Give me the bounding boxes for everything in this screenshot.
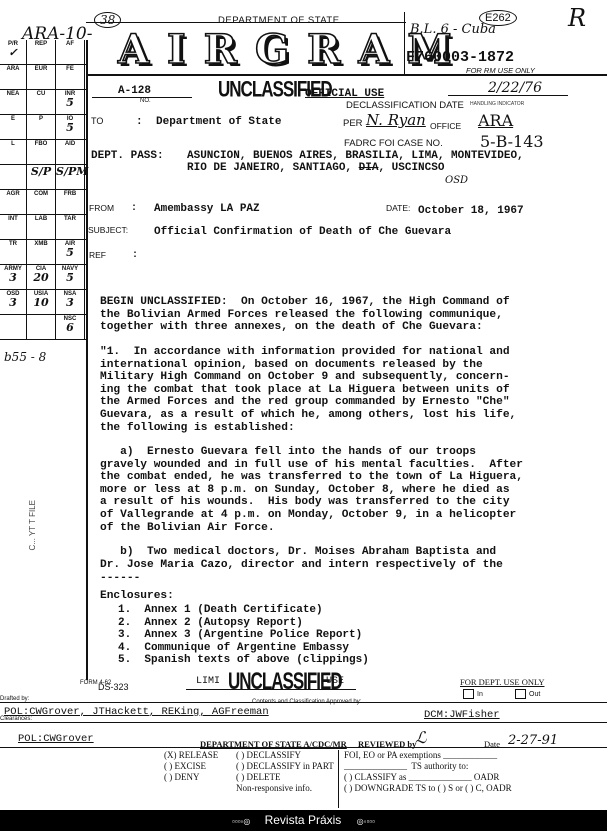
subject-value: Official Confirmation of Death of Che Gu… bbox=[154, 226, 451, 238]
review-option: ( ) DELETE bbox=[236, 772, 334, 783]
footer-bar: ▫▫▫◦◎ Revista Práxis ◎◦▫▫▫ bbox=[0, 810, 607, 831]
reviewer-signature: ℒ bbox=[415, 728, 427, 747]
routing-grid-row: S/PS/PM bbox=[0, 165, 86, 190]
routing-grid-cell: ARA bbox=[0, 65, 27, 89]
number-label: NO. bbox=[140, 98, 151, 104]
drafted-by-label: Drafted by: bbox=[0, 696, 29, 702]
struck-dia: DIA bbox=[359, 162, 379, 174]
classification-rule bbox=[186, 689, 356, 690]
routing-grid-cell: IO5 bbox=[56, 115, 85, 139]
routing-cell-value: ✓ bbox=[0, 47, 26, 59]
routing-cell-label: LAB bbox=[27, 216, 55, 222]
body-paragraph-a: a) Ernesto Guevara fell into the hands o… bbox=[100, 446, 580, 534]
routing-cell-label: AF bbox=[56, 41, 84, 47]
fadrc-value: 5-B-143 bbox=[480, 132, 544, 151]
routing-cell-value: 3 bbox=[0, 297, 26, 309]
routing-cell-value: 5 bbox=[56, 122, 84, 134]
subject-label: SUBJECT: bbox=[88, 225, 128, 235]
enclosure-item: 3. Annex 3 (Argentine Police Report) bbox=[118, 629, 369, 642]
routing-grid-cell: USIA10 bbox=[27, 290, 56, 314]
document-number: F760003-1872 bbox=[406, 49, 514, 66]
routing-grid-cell: INT bbox=[0, 215, 27, 239]
to-label: TO bbox=[91, 116, 103, 126]
routing-grid-row: TRXMBAIR5 bbox=[0, 240, 86, 265]
classification-bottom-right: USE bbox=[326, 676, 344, 687]
routing-grid-row: NSC6 bbox=[0, 315, 86, 340]
routing-cell-label: FBO bbox=[27, 141, 55, 147]
review-date-label: Date bbox=[484, 739, 500, 749]
clearances-rule bbox=[0, 722, 607, 723]
routing-grid-row: EPIO5 bbox=[0, 115, 86, 140]
routing-grid-cell: COM bbox=[27, 190, 56, 214]
routing-grid-cell: EUR bbox=[27, 65, 56, 89]
handling-indicator-label: HANDLING INDICATOR bbox=[470, 101, 524, 107]
office-value: ARA bbox=[478, 111, 513, 130]
dept-pass-line-2: RIO DE JANEIRO, SANTIAGO, DIA, USCINCSO bbox=[187, 162, 444, 174]
body-intro: BEGIN UNCLASSIFIED: On October 16, 1967,… bbox=[100, 296, 580, 334]
routing-grid-row: ARAEURFE bbox=[0, 65, 86, 90]
dept-use-only-label: FOR DEPT. USE ONLY bbox=[460, 677, 544, 687]
routing-cell-value: 3 bbox=[0, 272, 26, 284]
footer-ornament-left: ▫▫▫◦◎ bbox=[232, 817, 253, 826]
review-options-middle: ( ) DECLASSIFY( ) DECLASSIFY in PART( ) … bbox=[236, 750, 334, 794]
routing-cell-value: S/PM bbox=[56, 166, 84, 178]
routing-cell-label: INT bbox=[0, 216, 26, 222]
in-checkbox[interactable]: In bbox=[463, 689, 483, 699]
routing-grid-cell: NEA bbox=[0, 90, 27, 114]
handwritten-routing-total: b55 - 8 bbox=[4, 350, 46, 364]
routing-grid-cell: REP bbox=[27, 40, 56, 64]
dept-pass-line-1: ASUNCION, BUENOS AIRES, BRASILIA, LIMA, … bbox=[187, 150, 524, 162]
continuation-mark: ------ bbox=[100, 572, 580, 585]
classification-top-partial: OFFICIAL USE bbox=[305, 88, 384, 100]
to-value: Department of State bbox=[156, 116, 281, 128]
routing-cell-value: 10 bbox=[27, 297, 55, 309]
drafted-by-value: POL:CWGrover, JTHackett, REKing, AGFreem… bbox=[4, 706, 269, 718]
reviewed-by-label: REVIEWED by bbox=[358, 739, 416, 749]
side-file-stamp: C... YT T FILE bbox=[28, 500, 37, 551]
ref-label: REF bbox=[89, 250, 106, 260]
declass-date-rule bbox=[448, 95, 568, 96]
routing-grid-row: LFBOAID bbox=[0, 140, 86, 165]
routing-cell-value: 5 bbox=[56, 272, 84, 284]
enclosure-item: 2. Annex 2 (Autopsy Report) bbox=[118, 617, 369, 630]
routing-cell-label: REP bbox=[27, 41, 55, 47]
routing-cell-label: L bbox=[0, 141, 26, 147]
department-label: DEPARTMENT OF STATE bbox=[218, 15, 340, 26]
routing-grid-cell: CU bbox=[27, 90, 56, 114]
routing-cell-label: FE bbox=[56, 66, 84, 72]
routing-grid-cell: CIA20 bbox=[27, 265, 56, 289]
routing-cell-value: 5 bbox=[56, 97, 84, 109]
clearance-name: POL:CWGrover bbox=[18, 733, 94, 745]
grid-divider bbox=[86, 40, 88, 680]
enclosure-item: 1. Annex 1 (Death Certificate) bbox=[118, 604, 369, 617]
enclosure-list: 1. Annex 1 (Death Certificate)2. Annex 2… bbox=[118, 604, 369, 667]
routing-grid-cell: AIR5 bbox=[56, 240, 85, 264]
routing-grid-cell: NSC6 bbox=[56, 315, 85, 339]
routing-grid-cell: OSD3 bbox=[0, 290, 27, 314]
routing-grid-row: P/R✓REPAF bbox=[0, 40, 86, 65]
enclosure-item: 4. Communique of Argentine Embassy bbox=[118, 642, 369, 655]
routing-cell-value: 3 bbox=[56, 297, 84, 309]
routing-grid-cell: S/PM bbox=[56, 165, 85, 189]
routing-cell-value: 20 bbox=[27, 272, 55, 284]
enclosures-label: Enclosures: bbox=[100, 590, 580, 603]
routing-grid: P/R✓REPAFARAEURFENEACUINR5EPIO5LFBOAIDS/… bbox=[0, 40, 86, 340]
per-label: PER bbox=[343, 118, 363, 129]
routing-grid-row: AGRCOMFRB bbox=[0, 190, 86, 215]
routing-cell-label: COM bbox=[27, 191, 55, 197]
routing-cell-label: TR bbox=[0, 241, 26, 247]
date-value: October 18, 1967 bbox=[418, 205, 524, 217]
routing-cell-label: AGR bbox=[0, 191, 26, 197]
title-divider bbox=[404, 12, 405, 74]
review-option: Non-responsive info. bbox=[236, 783, 334, 794]
review-option: ( ) EXCISE bbox=[164, 761, 218, 772]
from-label: FROM bbox=[89, 203, 114, 213]
routing-cell-label: E bbox=[0, 116, 26, 122]
routing-cell-label: P bbox=[27, 116, 55, 122]
review-option: ( ) DOWNGRADE TS to ( ) S or ( ) C, OADR bbox=[344, 783, 512, 794]
routing-grid-cell: P bbox=[27, 115, 56, 139]
routing-grid-cell: TAR bbox=[56, 215, 85, 239]
classification-bottom-stamp: UNCLASSIFIED bbox=[228, 668, 342, 696]
routing-cell-label: AID bbox=[56, 141, 84, 147]
routing-grid-cell: XMB bbox=[27, 240, 56, 264]
routing-cell-label: NEA bbox=[0, 91, 26, 97]
routing-grid-cell: LAB bbox=[27, 215, 56, 239]
routing-cell-label: CU bbox=[27, 91, 55, 97]
routing-grid-row: NEACUINR5 bbox=[0, 90, 86, 115]
title-bottom-rule bbox=[86, 74, 607, 76]
routing-cell-label: XMB bbox=[27, 241, 55, 247]
office-label: OFFICE bbox=[430, 121, 461, 131]
enclosure-item: 5. Spanish texts of above (clippings) bbox=[118, 654, 369, 667]
review-options-left: (X) RELEASE( ) EXCISE( ) DENY bbox=[164, 750, 218, 783]
declassification-date-value: 2/22/76 bbox=[488, 80, 542, 96]
fadrc-label: FADRC FOI CASE NO. bbox=[344, 138, 443, 149]
review-divider bbox=[338, 750, 339, 808]
routing-grid-cell: AGR bbox=[0, 190, 27, 214]
routing-cell-label: ARA bbox=[0, 66, 26, 72]
routing-cell-label: FRB bbox=[56, 191, 84, 197]
circled-code: E262 bbox=[479, 10, 517, 26]
approved-by-label: Contents and Classification Approved by: bbox=[252, 699, 361, 705]
routing-grid-row: OSD3USIA10NSA3 bbox=[0, 290, 86, 315]
routing-grid-cell: NSA3 bbox=[56, 290, 85, 314]
handwritten-r: R bbox=[568, 4, 586, 32]
routing-grid-cell: FRB bbox=[56, 190, 85, 214]
routing-grid-cell: NAVY5 bbox=[56, 265, 85, 289]
review-option: ( ) DECLASSIFY in PART bbox=[236, 761, 334, 772]
review-option: ( ) DECLASSIFY bbox=[236, 750, 334, 761]
per-value: N. Ryan bbox=[366, 111, 426, 129]
routing-grid-cell: S/P bbox=[27, 165, 56, 189]
dept-pass-label: DEPT. PASS: bbox=[91, 150, 164, 162]
routing-cell-value: 6 bbox=[56, 322, 84, 334]
routing-cell-value: 5 bbox=[56, 247, 84, 259]
routing-grid-cell: L bbox=[0, 140, 27, 164]
review-date-value: 2-27-91 bbox=[508, 733, 558, 748]
routing-grid-cell bbox=[27, 315, 56, 339]
review-option: ( ) CLASSIFY as ______________ OADR bbox=[344, 772, 512, 783]
review-option: ( ) DENY bbox=[164, 772, 218, 783]
date-label: DATE: bbox=[386, 203, 410, 213]
routing-grid-cell: FBO bbox=[27, 140, 56, 164]
footer-credit: Revista Práxis bbox=[265, 813, 342, 827]
review-options-right: FOI, EO or PA exemptions _______________… bbox=[344, 750, 512, 794]
classification-bottom-left: LIMI bbox=[196, 676, 220, 687]
review-option: FOI, EO or PA exemptions ____________ bbox=[344, 750, 512, 761]
routing-grid-cell: INR5 bbox=[56, 90, 85, 114]
routing-grid-cell: P/R✓ bbox=[0, 40, 27, 64]
routing-grid-cell: FE bbox=[56, 65, 85, 89]
routing-grid-cell: E bbox=[0, 115, 27, 139]
footer-ornament-right: ◎◦▫▫▫ bbox=[357, 817, 375, 826]
review-option: (X) RELEASE bbox=[164, 750, 218, 761]
approved-by-value: DCM:JWFisher bbox=[424, 709, 500, 721]
declassification-date-label: DECLASSIFICATION DATE bbox=[346, 100, 464, 111]
from-value: Amembassy LA PAZ bbox=[154, 203, 260, 215]
routing-grid-cell: TR bbox=[0, 240, 27, 264]
handwritten-osd: OSD bbox=[445, 175, 468, 186]
routing-cell-value: S/P bbox=[27, 166, 55, 178]
airgram-number: A-128 bbox=[118, 85, 151, 97]
form-number: DS-323 bbox=[98, 682, 129, 692]
routing-grid-cell bbox=[0, 315, 27, 339]
clearances-label: Clearances: bbox=[0, 716, 32, 722]
review-stamp-title: DEPARTMENT OF STATE A/CDC/MR bbox=[200, 739, 347, 749]
routing-grid-cell bbox=[0, 165, 27, 189]
body-paragraph-1: "1. In accordance with information provi… bbox=[100, 346, 580, 434]
body-paragraph-b: b) Two medical doctors, Dr. Moises Abrah… bbox=[100, 546, 580, 571]
routing-grid-row: INTLABTAR bbox=[0, 215, 86, 240]
routing-grid-cell: AID bbox=[56, 140, 85, 164]
routing-cell-label: TAR bbox=[56, 216, 84, 222]
routing-cell-label: EUR bbox=[27, 66, 55, 72]
routing-grid-cell: AF bbox=[56, 40, 85, 64]
routing-grid-row: ARMY3CIA20NAVY5 bbox=[0, 265, 86, 290]
routing-grid-cell: ARMY3 bbox=[0, 265, 27, 289]
handwritten-top-note: B.L. 6 - Cuba bbox=[410, 22, 496, 37]
out-checkbox[interactable]: Out bbox=[515, 689, 540, 699]
review-option: ______________ TS authority to: bbox=[344, 761, 512, 772]
